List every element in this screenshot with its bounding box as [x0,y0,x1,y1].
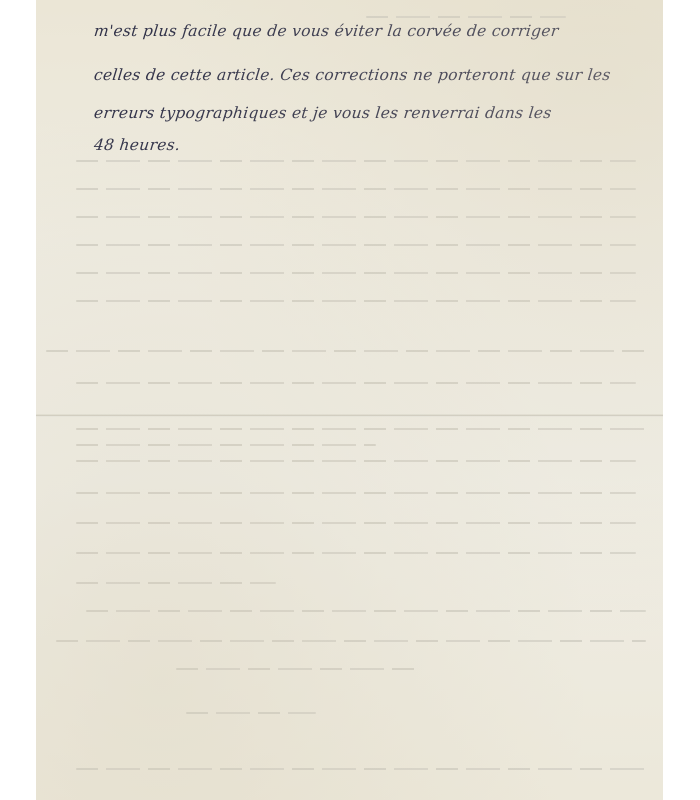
handwritten-line-2: celles de cette article. Ces corrections… [93,66,612,84]
letter-page: m'est plus facile que de vous éviter la … [36,0,663,800]
bleed-row [46,350,646,352]
bleed-row [86,610,646,612]
bleed-row [76,188,636,190]
bleed-row [76,244,636,246]
bleed-row [76,522,636,524]
handwritten-line-1: m'est plus facile que de vous éviter la … [93,22,559,40]
paper-fold-line [36,414,663,417]
bleed-row [76,768,646,770]
bleed-row [76,382,636,384]
bleed-row [76,444,376,446]
bleed-row [76,552,636,554]
bleed-row [76,492,636,494]
bleed-row [366,16,566,18]
bleed-row [76,160,636,162]
bleed-row [76,300,636,302]
bleed-row [76,428,646,430]
bleed-row [76,272,636,274]
bleed-row [56,640,646,642]
handwritten-line-3: erreurs typographiques et je vous les re… [93,104,553,122]
handwritten-line-4: 48 heures. [93,136,181,154]
bleed-signature [186,712,316,714]
bleed-row [76,460,636,462]
bleed-row [76,582,276,584]
bleed-row [76,216,636,218]
bleed-row [176,668,416,670]
